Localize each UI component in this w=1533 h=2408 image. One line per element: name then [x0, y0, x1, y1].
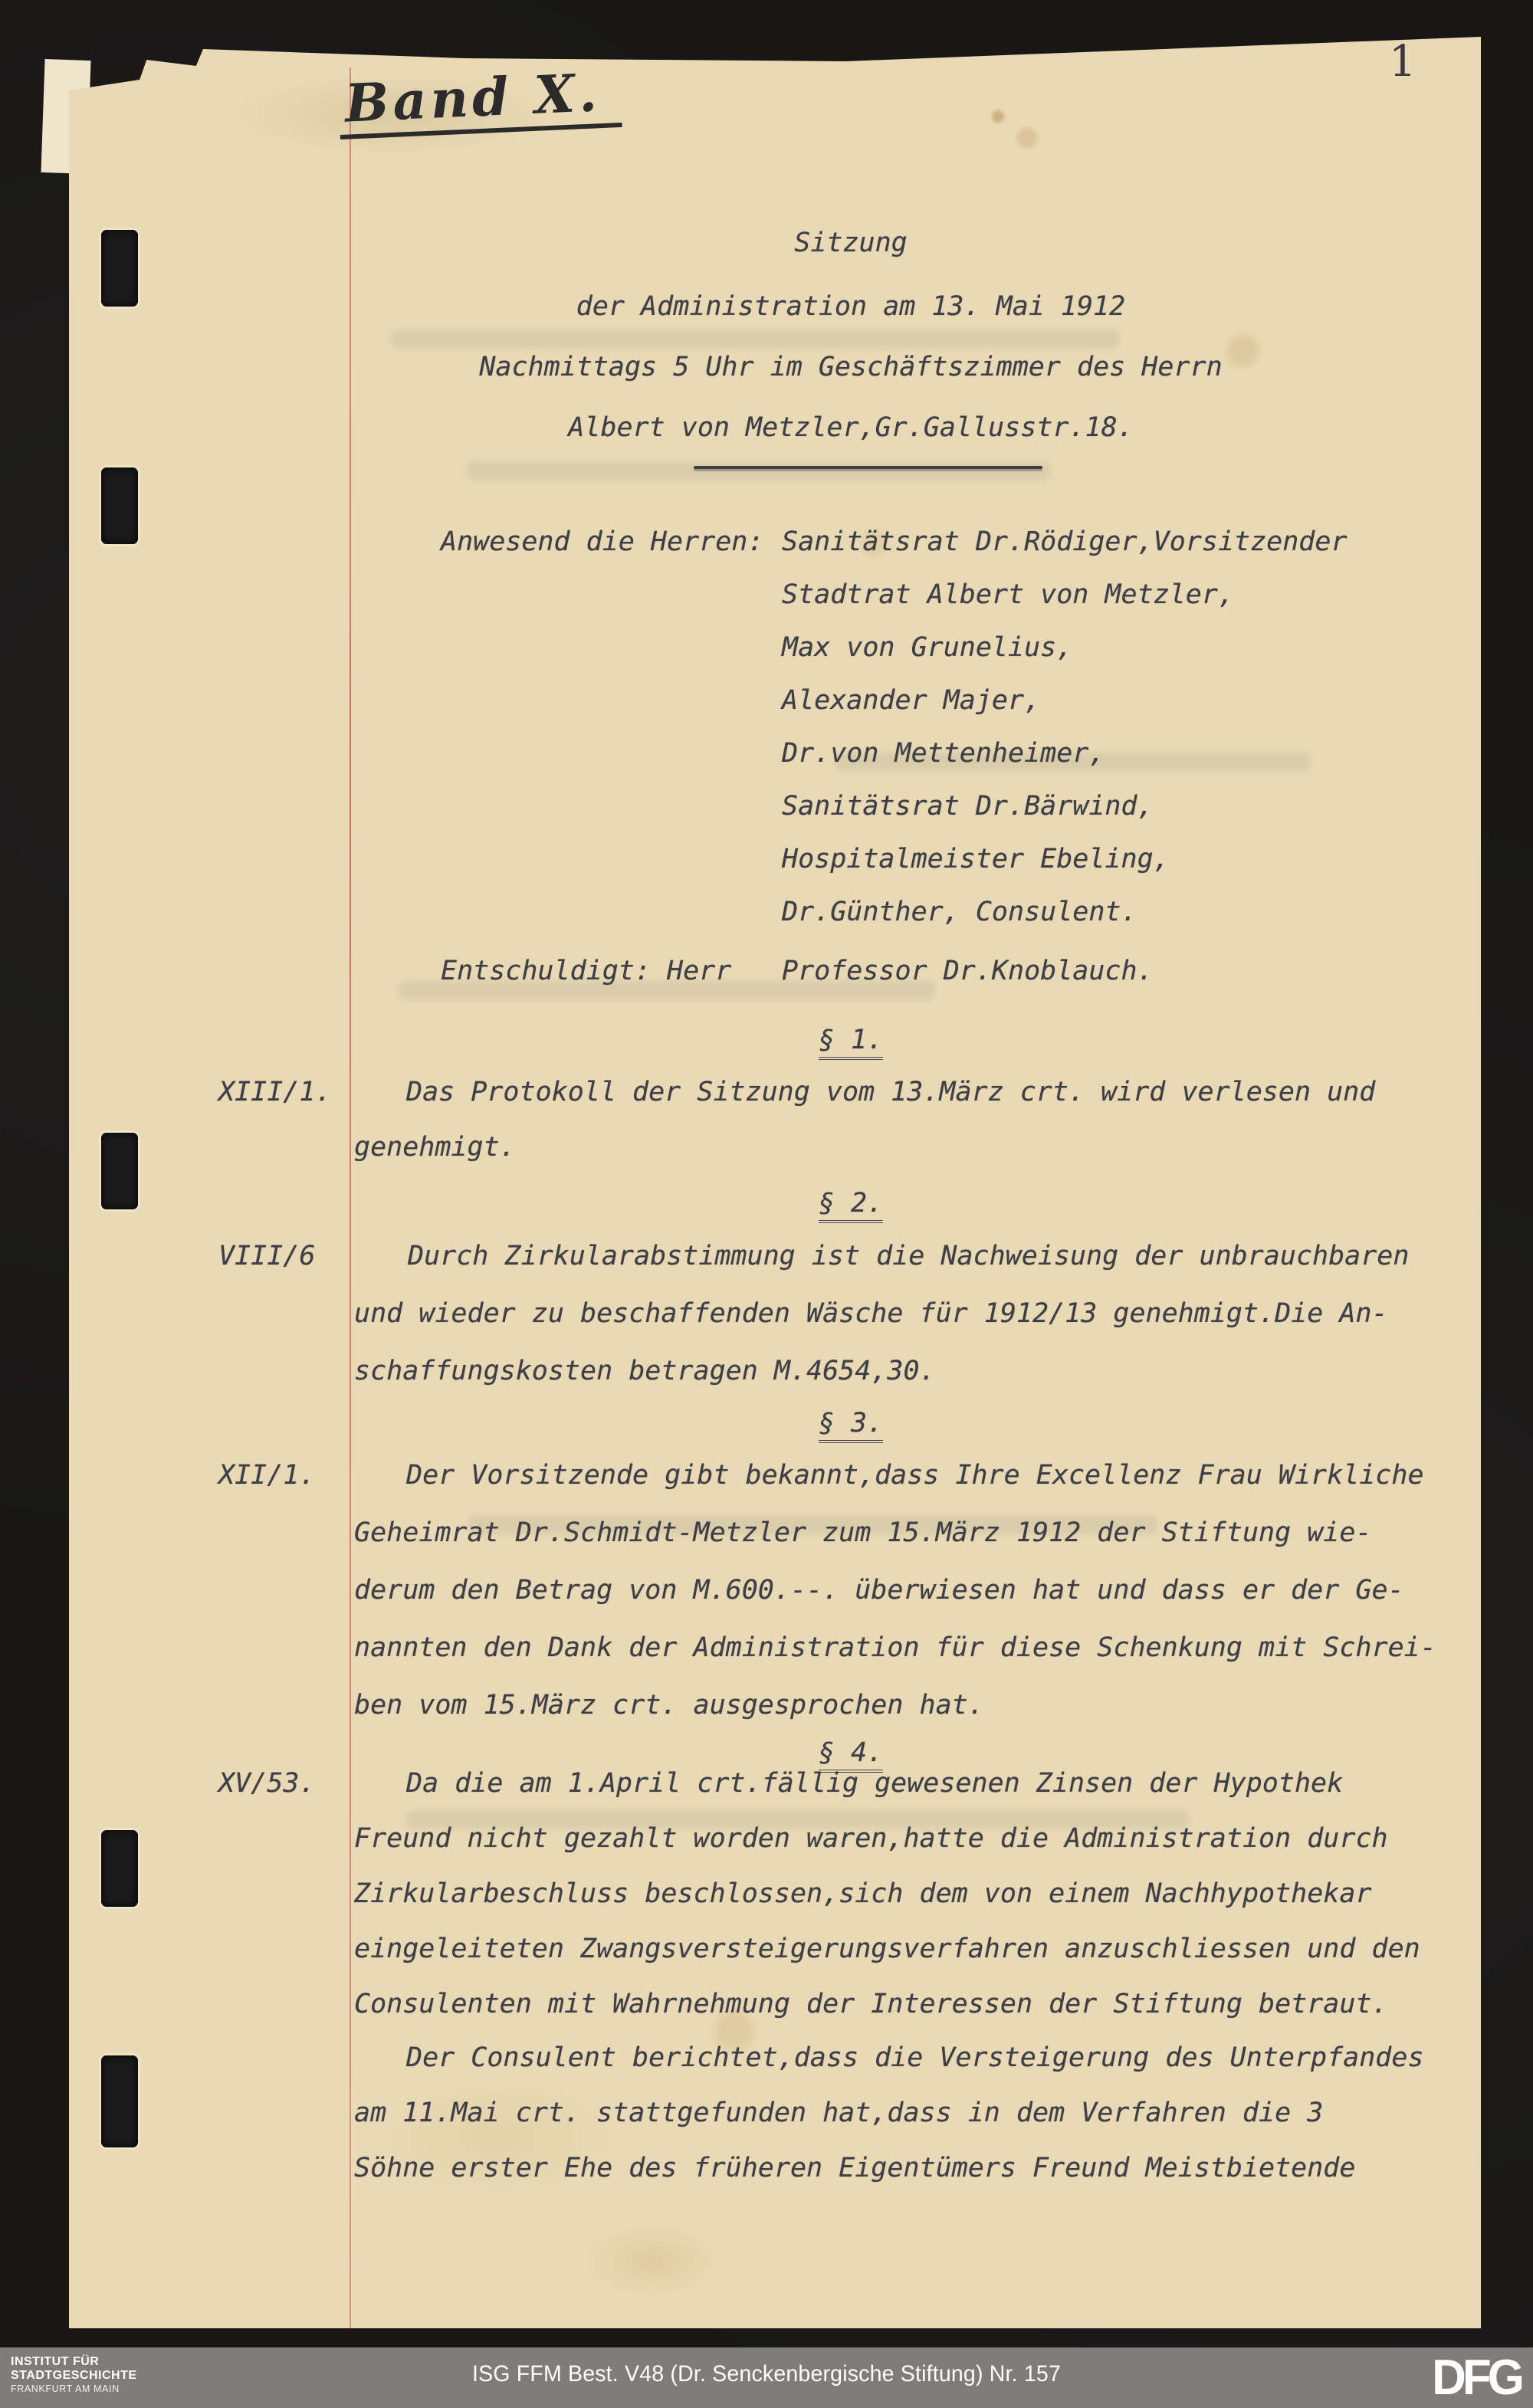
body-line: Zirkularbeschluss beschlossen,sich dem v… — [354, 1881, 1372, 1908]
body-line: schaffungskosten betragen M.4654,30. — [354, 1358, 936, 1385]
body-line: eingeleiteten Zwangsversteigerungsverfah… — [354, 1936, 1420, 1963]
attendee-name: Sanitätsrat Dr.Bärwind, — [782, 793, 1154, 820]
section-heading: § 1. — [819, 1027, 883, 1060]
dfg-logo: DFG — [1432, 2349, 1521, 2406]
margin-reference: VIII/6 — [218, 1243, 315, 1270]
body-line: Geheimrat Dr.Schmidt-Metzler zum 15.März… — [354, 1520, 1372, 1547]
punch-hole — [101, 1830, 138, 1907]
volume-title-handwritten: Band X. — [337, 61, 622, 139]
attendee-name: Alexander Majer, — [782, 687, 1040, 714]
session-title: Sitzung — [794, 230, 908, 257]
body-line: Durch Zirkularabstimmung ist die Nachwei… — [408, 1243, 1409, 1270]
archive-citation: ISG FFM Best. V48 (Dr. Senckenbergische … — [38, 2361, 1495, 2387]
attendee-name: Stadtrat Albert von Metzler, — [782, 582, 1234, 609]
session-time-place: Nachmittags 5 Uhr im Geschäftszimmer des… — [479, 354, 1222, 381]
body-line: nannten den Dank der Administration für … — [354, 1635, 1436, 1662]
excused-name: Professor Dr.Knoblauch. — [782, 958, 1154, 985]
body-line: ben vom 15.März crt. ausgesprochen hat. — [354, 1692, 984, 1719]
punch-hole — [101, 1133, 138, 1209]
attendee-name: Dr.von Mettenheimer, — [782, 740, 1105, 767]
body-line: genehmigt. — [354, 1134, 516, 1161]
body-line: Der Vorsitzende gibt bekannt,dass Ihre E… — [406, 1462, 1424, 1489]
body-line: Freund nicht gezahlt worden waren,hatte … — [354, 1826, 1388, 1852]
archive-footer-bar: INSTITUT FÜR STADTGESCHICHTE FRANKFURT A… — [0, 2347, 1533, 2408]
section-heading: § 2. — [819, 1190, 883, 1223]
bleed-through-smudge — [391, 330, 1119, 348]
body-line: Der Consulent berichtet,dass die Verstei… — [406, 2045, 1424, 2072]
margin-reference: XV/53. — [218, 1770, 315, 1797]
attendee-name: Sanitätsrat Dr.Rödiger,Vorsitzender — [782, 529, 1348, 556]
excused-label: Entschuldigt: Herr — [441, 958, 731, 985]
punch-hole — [101, 2055, 138, 2147]
red-margin-rule — [350, 67, 351, 2328]
present-label: Anwesend die Herren: — [441, 529, 763, 556]
header-divider-rule — [694, 466, 1042, 469]
margin-reference: XII/1. — [218, 1462, 315, 1489]
body-line: Söhne erster Ehe des früheren Eigentümer… — [354, 2155, 1355, 2182]
document-page: Band X. 1 Sitzung der Administration am … — [69, 23, 1481, 2328]
section-heading: § 3. — [819, 1410, 883, 1443]
body-line: derum den Betrag von M.600.--. überwiese… — [354, 1577, 1404, 1604]
session-address: Albert von Metzler,Gr.Gallusstr.18. — [568, 415, 1134, 441]
body-line: Da die am 1.April crt.fällig gewesenen Z… — [406, 1770, 1343, 1797]
punch-hole — [101, 467, 138, 544]
page-number: 1 — [1372, 37, 1433, 87]
bleed-through-smudge — [468, 461, 1050, 480]
session-subtitle: der Administration am 13. Mai 1912 — [576, 294, 1125, 320]
attendee-name: Hospitalmeister Ebeling, — [782, 846, 1170, 873]
punch-hole — [101, 230, 138, 307]
attendee-name: Max von Grunelius, — [782, 635, 1072, 661]
body-line: Das Protokoll der Sitzung vom 13.März cr… — [406, 1079, 1375, 1106]
attendee-name: Dr.Günther, Consulent. — [782, 899, 1137, 926]
body-line: und wieder zu beschaffenden Wäsche für 1… — [354, 1301, 1388, 1327]
body-line: Consulenten mit Wahrnehmung der Interess… — [354, 1991, 1388, 2018]
margin-reference: XIII/1. — [218, 1079, 332, 1106]
body-line: am 11.Mai crt. stattgefunden hat,dass in… — [354, 2100, 1323, 2127]
